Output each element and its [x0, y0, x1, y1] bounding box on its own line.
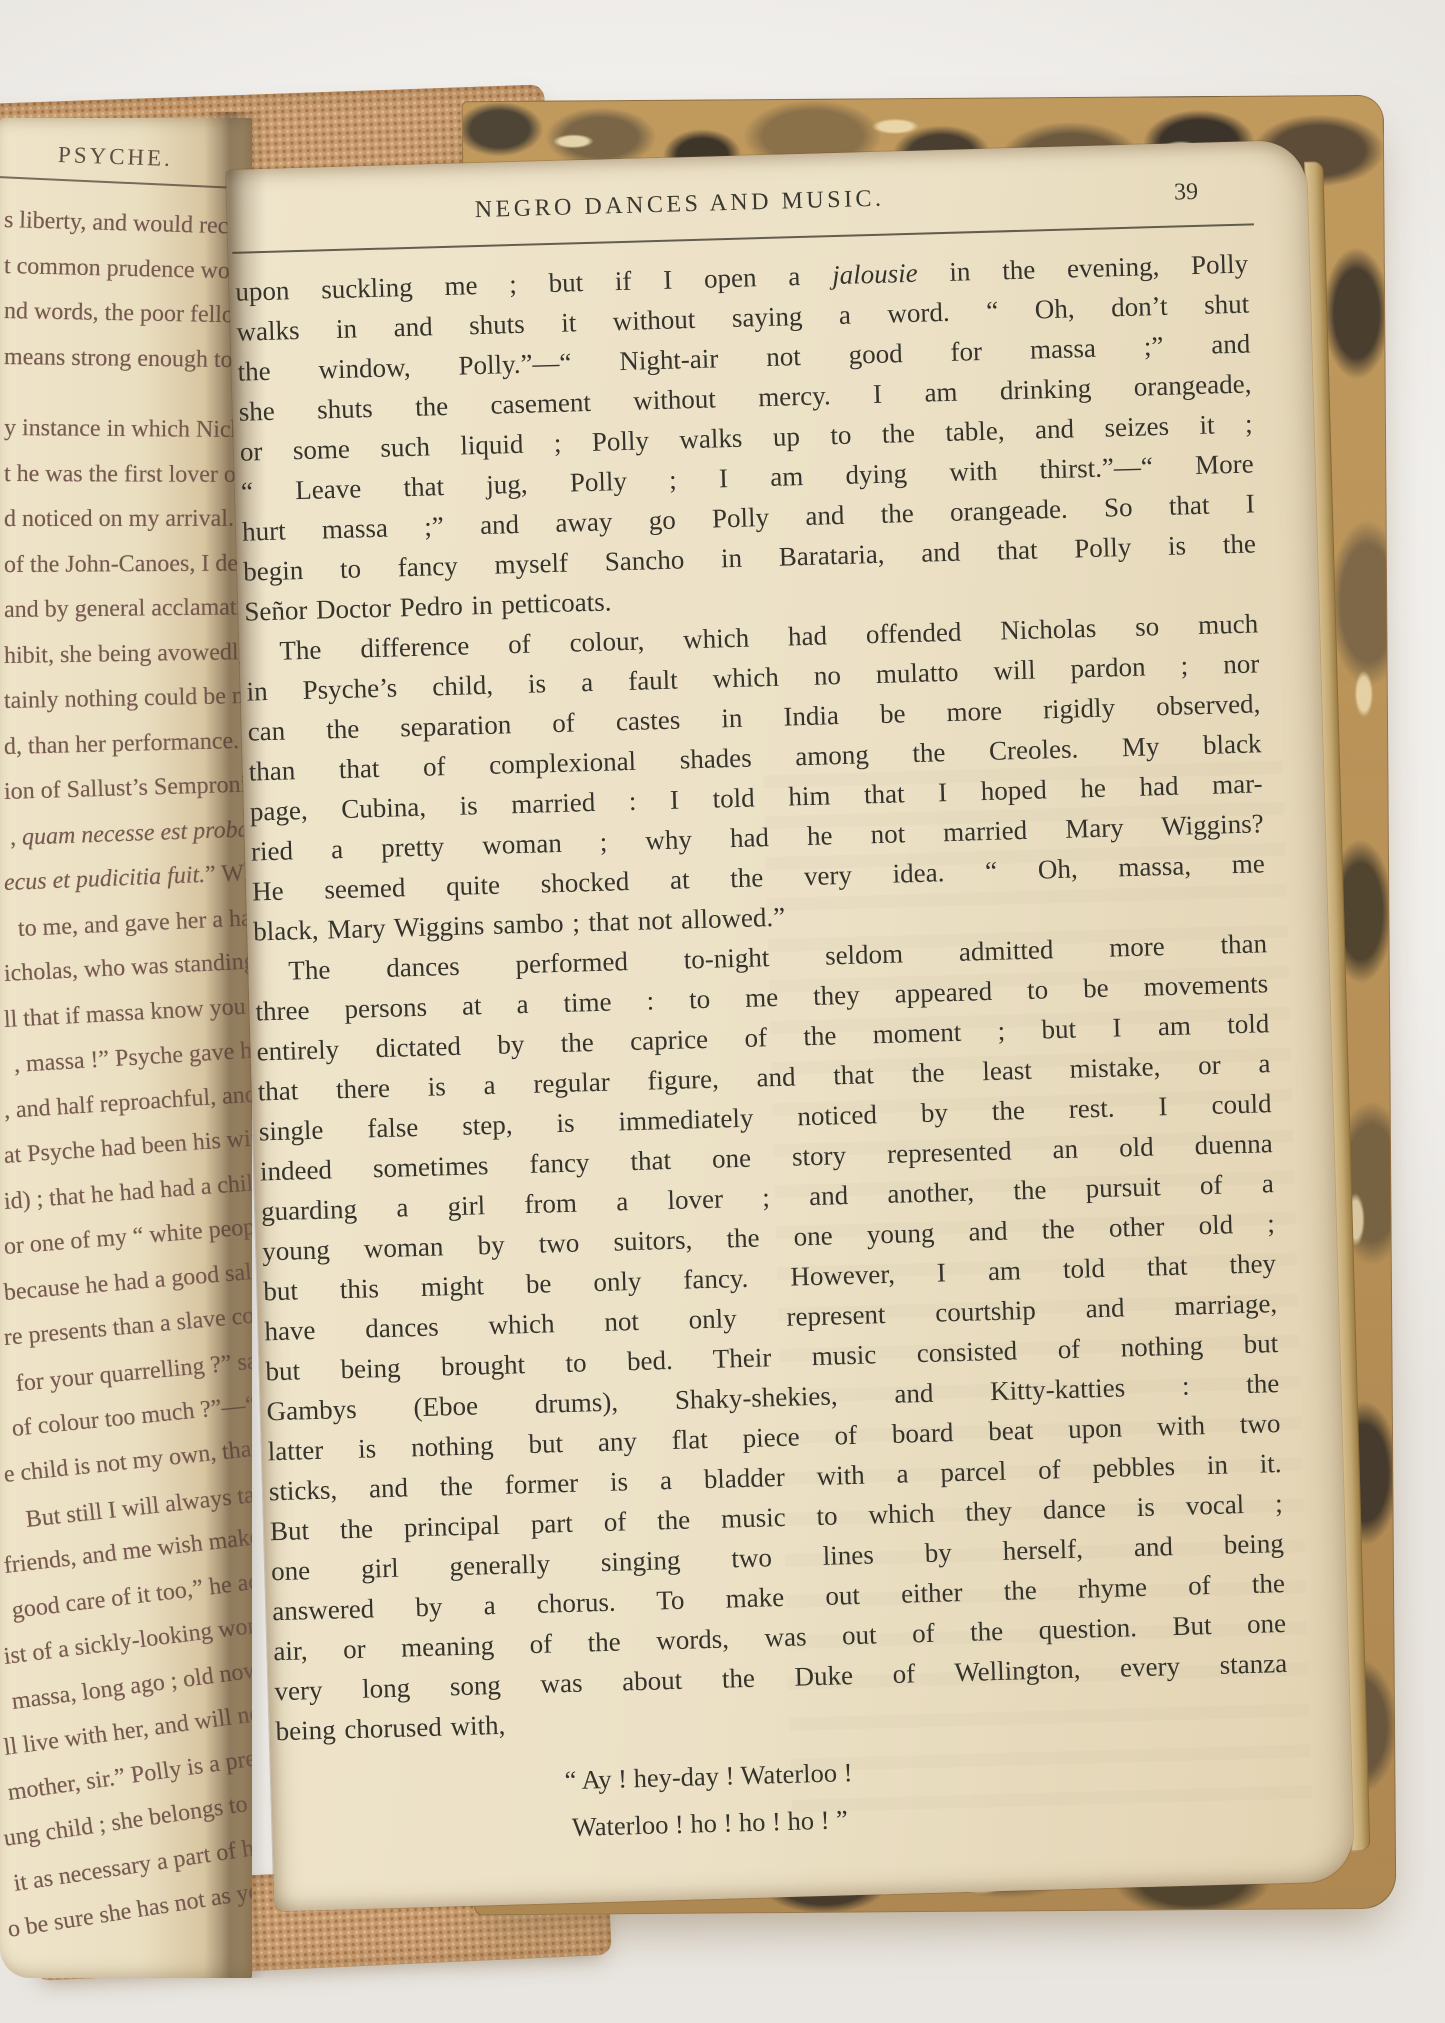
verso-text-line: t he was the first lover of the: [4, 452, 252, 499]
verso-lines: s liberty, and would receive thet common…: [4, 198, 252, 1953]
recto-page-wrap: NEGRO DANCES AND MUSIC. 39 upon suckling…: [226, 140, 1354, 1911]
verso-text-line: nd words, the poor fellow seem: [4, 289, 252, 340]
recto-body: upon suckling me ; but if I open a jalou…: [235, 244, 1289, 1752]
photo-backdrop: PSYCHE. s liberty, and would receive the…: [0, 0, 1445, 2023]
recto-verse: “ Ay ! hey-day ! Waterloo !Waterloo ! ho…: [277, 1737, 1292, 1859]
verso-text-line: tainly nothing could be more lig: [4, 673, 252, 725]
verso-header-rule: [0, 176, 252, 190]
verso-page: PSYCHE. s liberty, and would receive the…: [0, 118, 252, 1978]
verso-text-line: hibit, she being avowedly the be: [4, 629, 252, 679]
verso-text-line: means strong enough to expres: [4, 335, 252, 384]
verso-text-line: d, than her performance. She: [3, 717, 252, 770]
recto-page: NEGRO DANCES AND MUSIC. 39 upon suckling…: [226, 140, 1354, 1911]
verso-text-line: s liberty, and would receive the: [3, 198, 252, 252]
verso-text-line: t common prudence would auth: [3, 244, 252, 296]
verso-text-line: d noticed on my arrival. Thi: [4, 497, 252, 543]
verso-running-head: PSYCHE.: [58, 142, 174, 172]
recto-page-number: 39: [1174, 179, 1199, 207]
verso-text-line: y instance in which Nicholas ha: [4, 406, 252, 454]
verso-text-line: ion of Sallust’s Sempronia, wh: [3, 761, 252, 816]
verso-text-line: of the John-Canoes, I desired t: [4, 541, 252, 588]
verso-text-line: and by general acclamation P: [4, 585, 252, 634]
recto-running-head: NEGRO DANCES AND MUSIC.: [233, 179, 1126, 231]
